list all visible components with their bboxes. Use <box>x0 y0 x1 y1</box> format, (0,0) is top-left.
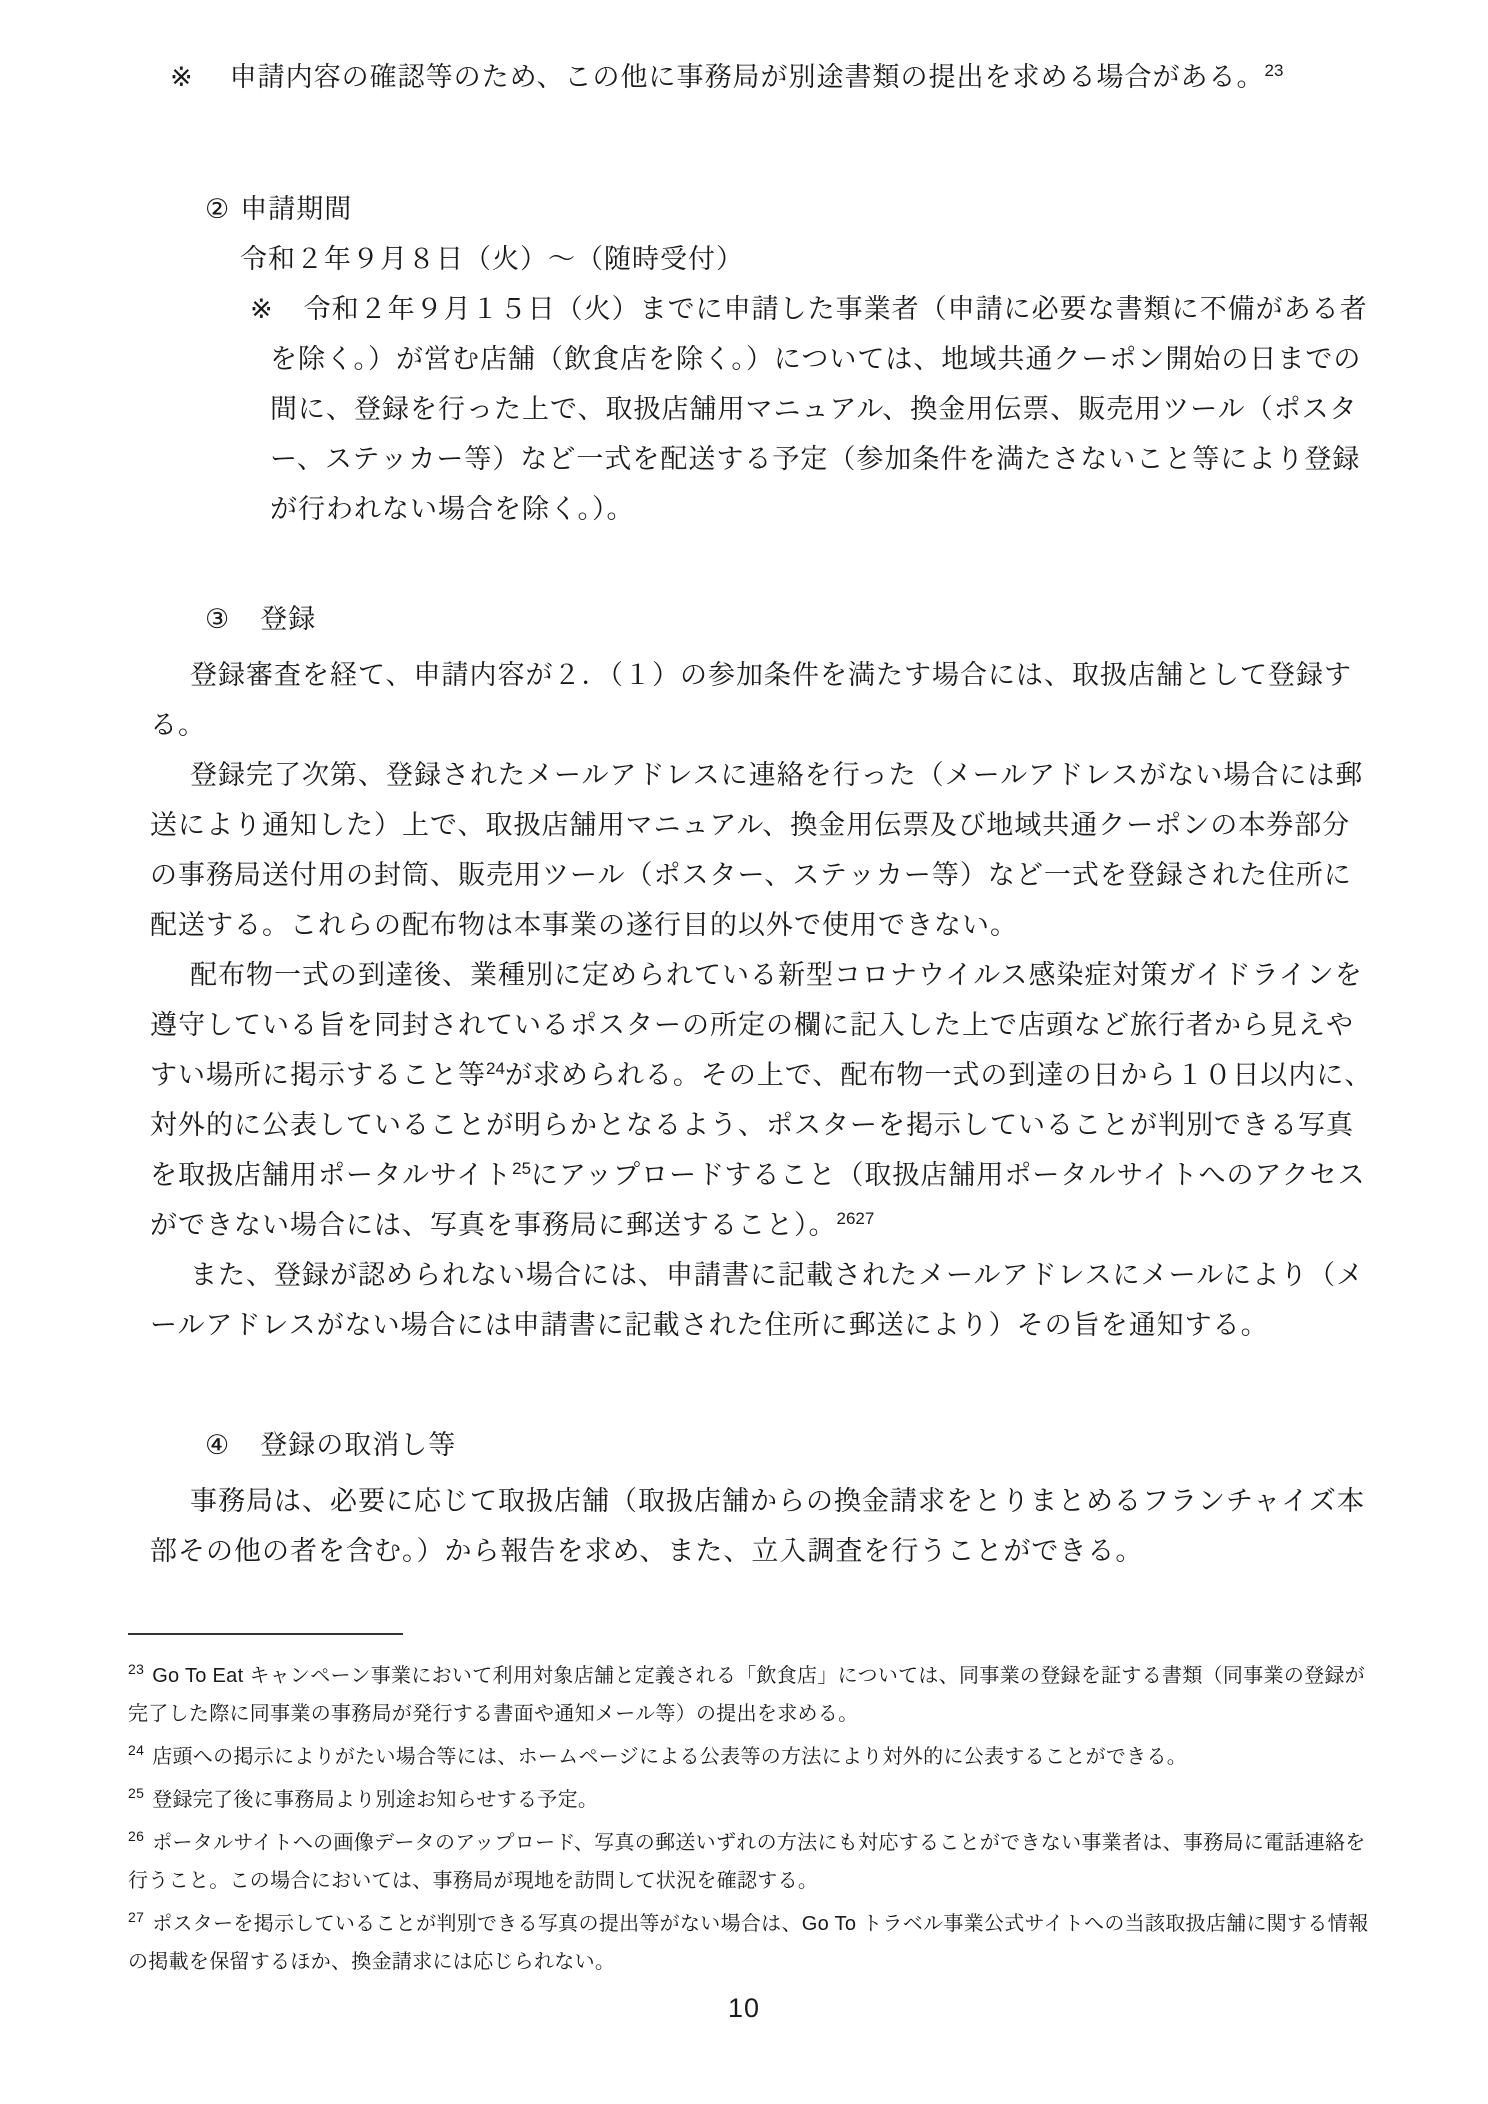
text-segment: 登録審査を経て、申請内容が２．（１）の参加条件を満たす場合には、取扱店舗として登… <box>150 660 1352 740</box>
section-heading-registration: ③登録 <box>205 594 1373 644</box>
registration-paragraph: 登録完了次第、登録されたメールアドレスに連絡を行った（メールアドレスがない場合に… <box>150 750 1373 950</box>
note-text: 令和２年９月１５日（火）までに申請した事業者（申請に必要な書類に不備がある者を除… <box>270 294 1368 524</box>
footnote-ref: 24 <box>486 1059 505 1078</box>
footnote-number: 24 <box>128 1742 144 1758</box>
cancellation-paragraph: 事務局は、必要に応じて取扱店舗（取扱店舗からの換金請求をとりまとめるフランチャイ… <box>150 1476 1373 1576</box>
footnote-text: ポスターを掲示していることが判別できる写真の提出等がない場合は、Go To トラ… <box>128 1913 1368 1973</box>
footnote-number: 25 <box>128 1785 144 1801</box>
text-segment: 令和２年９月１５日（火）までに申請した事業者（申請に必要な書類に不備がある者を除… <box>270 294 1368 524</box>
reference-mark: ※ <box>250 294 274 324</box>
section-title: 登録 <box>260 604 316 634</box>
footnote: 25登録完了後に事務局より別途お知らせする予定。 <box>128 1781 1378 1819</box>
text-segment: 登録完了次第、登録されたメールアドレスに連絡を行った（メールアドレスがない場合に… <box>150 760 1363 940</box>
section-number: ③ <box>205 604 230 634</box>
reference-mark: ※ <box>170 62 194 92</box>
footnote: 24店頭への掲示によりがたい場合等には、ホームページによる公表等の方法により対外… <box>128 1738 1378 1776</box>
registration-paragraph: また、登録が認められない場合には、申請書に記載されたメールアドレスにメールにより… <box>150 1250 1373 1350</box>
section-title: 登録の取消し等 <box>260 1430 456 1460</box>
registration-paragraph: 登録審査を経て、申請内容が２．（１）の参加条件を満たす場合には、取扱店舗として登… <box>150 650 1373 750</box>
footnote-number: 23 <box>128 1661 144 1677</box>
footnote-text: 店頭への掲示によりがたい場合等には、ホームページによる公表等の方法により対外的に… <box>152 1746 1187 1768</box>
footnote-ref: 2627 <box>837 1209 875 1228</box>
top-note-text: 申請内容の確認等のため、この他に事務局が別途書類の提出を求める場合がある。 <box>230 62 1265 92</box>
footnote: 26ポータルサイトへの画像データのアップロード、写真の郵送いずれの方法にも対応す… <box>128 1824 1378 1900</box>
top-reference-note: ※申請内容の確認等のため、この他に事務局が別途書類の提出を求める場合がある。23 <box>170 52 1373 102</box>
footnote-text: Go To Eat キャンペーン事業において利用対象店舗と定義される「飲食店」に… <box>128 1665 1365 1725</box>
footnote: 23Go To Eat キャンペーン事業において利用対象店舗と定義される「飲食店… <box>128 1657 1378 1733</box>
registration-paragraph: 配布物一式の到達後、業種別に定められている新型コロナウイルス感染症対策ガイドライ… <box>150 950 1373 1250</box>
text-segment: 事務局は、必要に応じて取扱店舗（取扱店舗からの換金請求をとりまとめるフランチャイ… <box>150 1486 1365 1566</box>
document-page: ※申請内容の確認等のため、この他に事務局が別途書類の提出を求める場合がある。23… <box>0 0 1488 2104</box>
footnote-text: ポータルサイトへの画像データのアップロード、写真の郵送いずれの方法にも対応するこ… <box>128 1832 1366 1892</box>
section-number: ② <box>205 194 230 224</box>
footnote-number: 27 <box>128 1909 144 1925</box>
document-body: ※申請内容の確認等のため、この他に事務局が別途書類の提出を求める場合がある。23… <box>0 0 1488 1576</box>
text-segment: また、登録が認められない場合には、申請書に記載されたメールアドレスにメールにより… <box>150 1260 1364 1340</box>
section-heading-cancellation: ④登録の取消し等 <box>205 1420 1373 1470</box>
footnote-ref: 25 <box>512 1159 531 1178</box>
footnote-number: 26 <box>128 1828 144 1844</box>
footnote-ref: 23 <box>1265 61 1284 80</box>
application-period-line: 令和２年９月８日（火）～（随時受付） <box>240 234 1373 284</box>
application-period-note: ※令和２年９月１５日（火）までに申請した事業者（申請に必要な書類に不備がある者を… <box>150 284 1373 534</box>
footnotes: 23Go To Eat キャンペーン事業において利用対象店舗と定義される「飲食店… <box>0 1635 1488 1981</box>
section-number: ④ <box>205 1430 230 1460</box>
footnote-text: 登録完了後に事務局より別途お知らせする予定。 <box>152 1789 598 1811</box>
page-number: 10 <box>0 1993 1488 2024</box>
footnote: 27ポスターを掲示していることが判別できる写真の提出等がない場合は、Go To … <box>128 1905 1378 1981</box>
section-heading-application-period: ②申請期間 <box>205 184 1373 234</box>
section-title: 申請期間 <box>240 194 352 224</box>
